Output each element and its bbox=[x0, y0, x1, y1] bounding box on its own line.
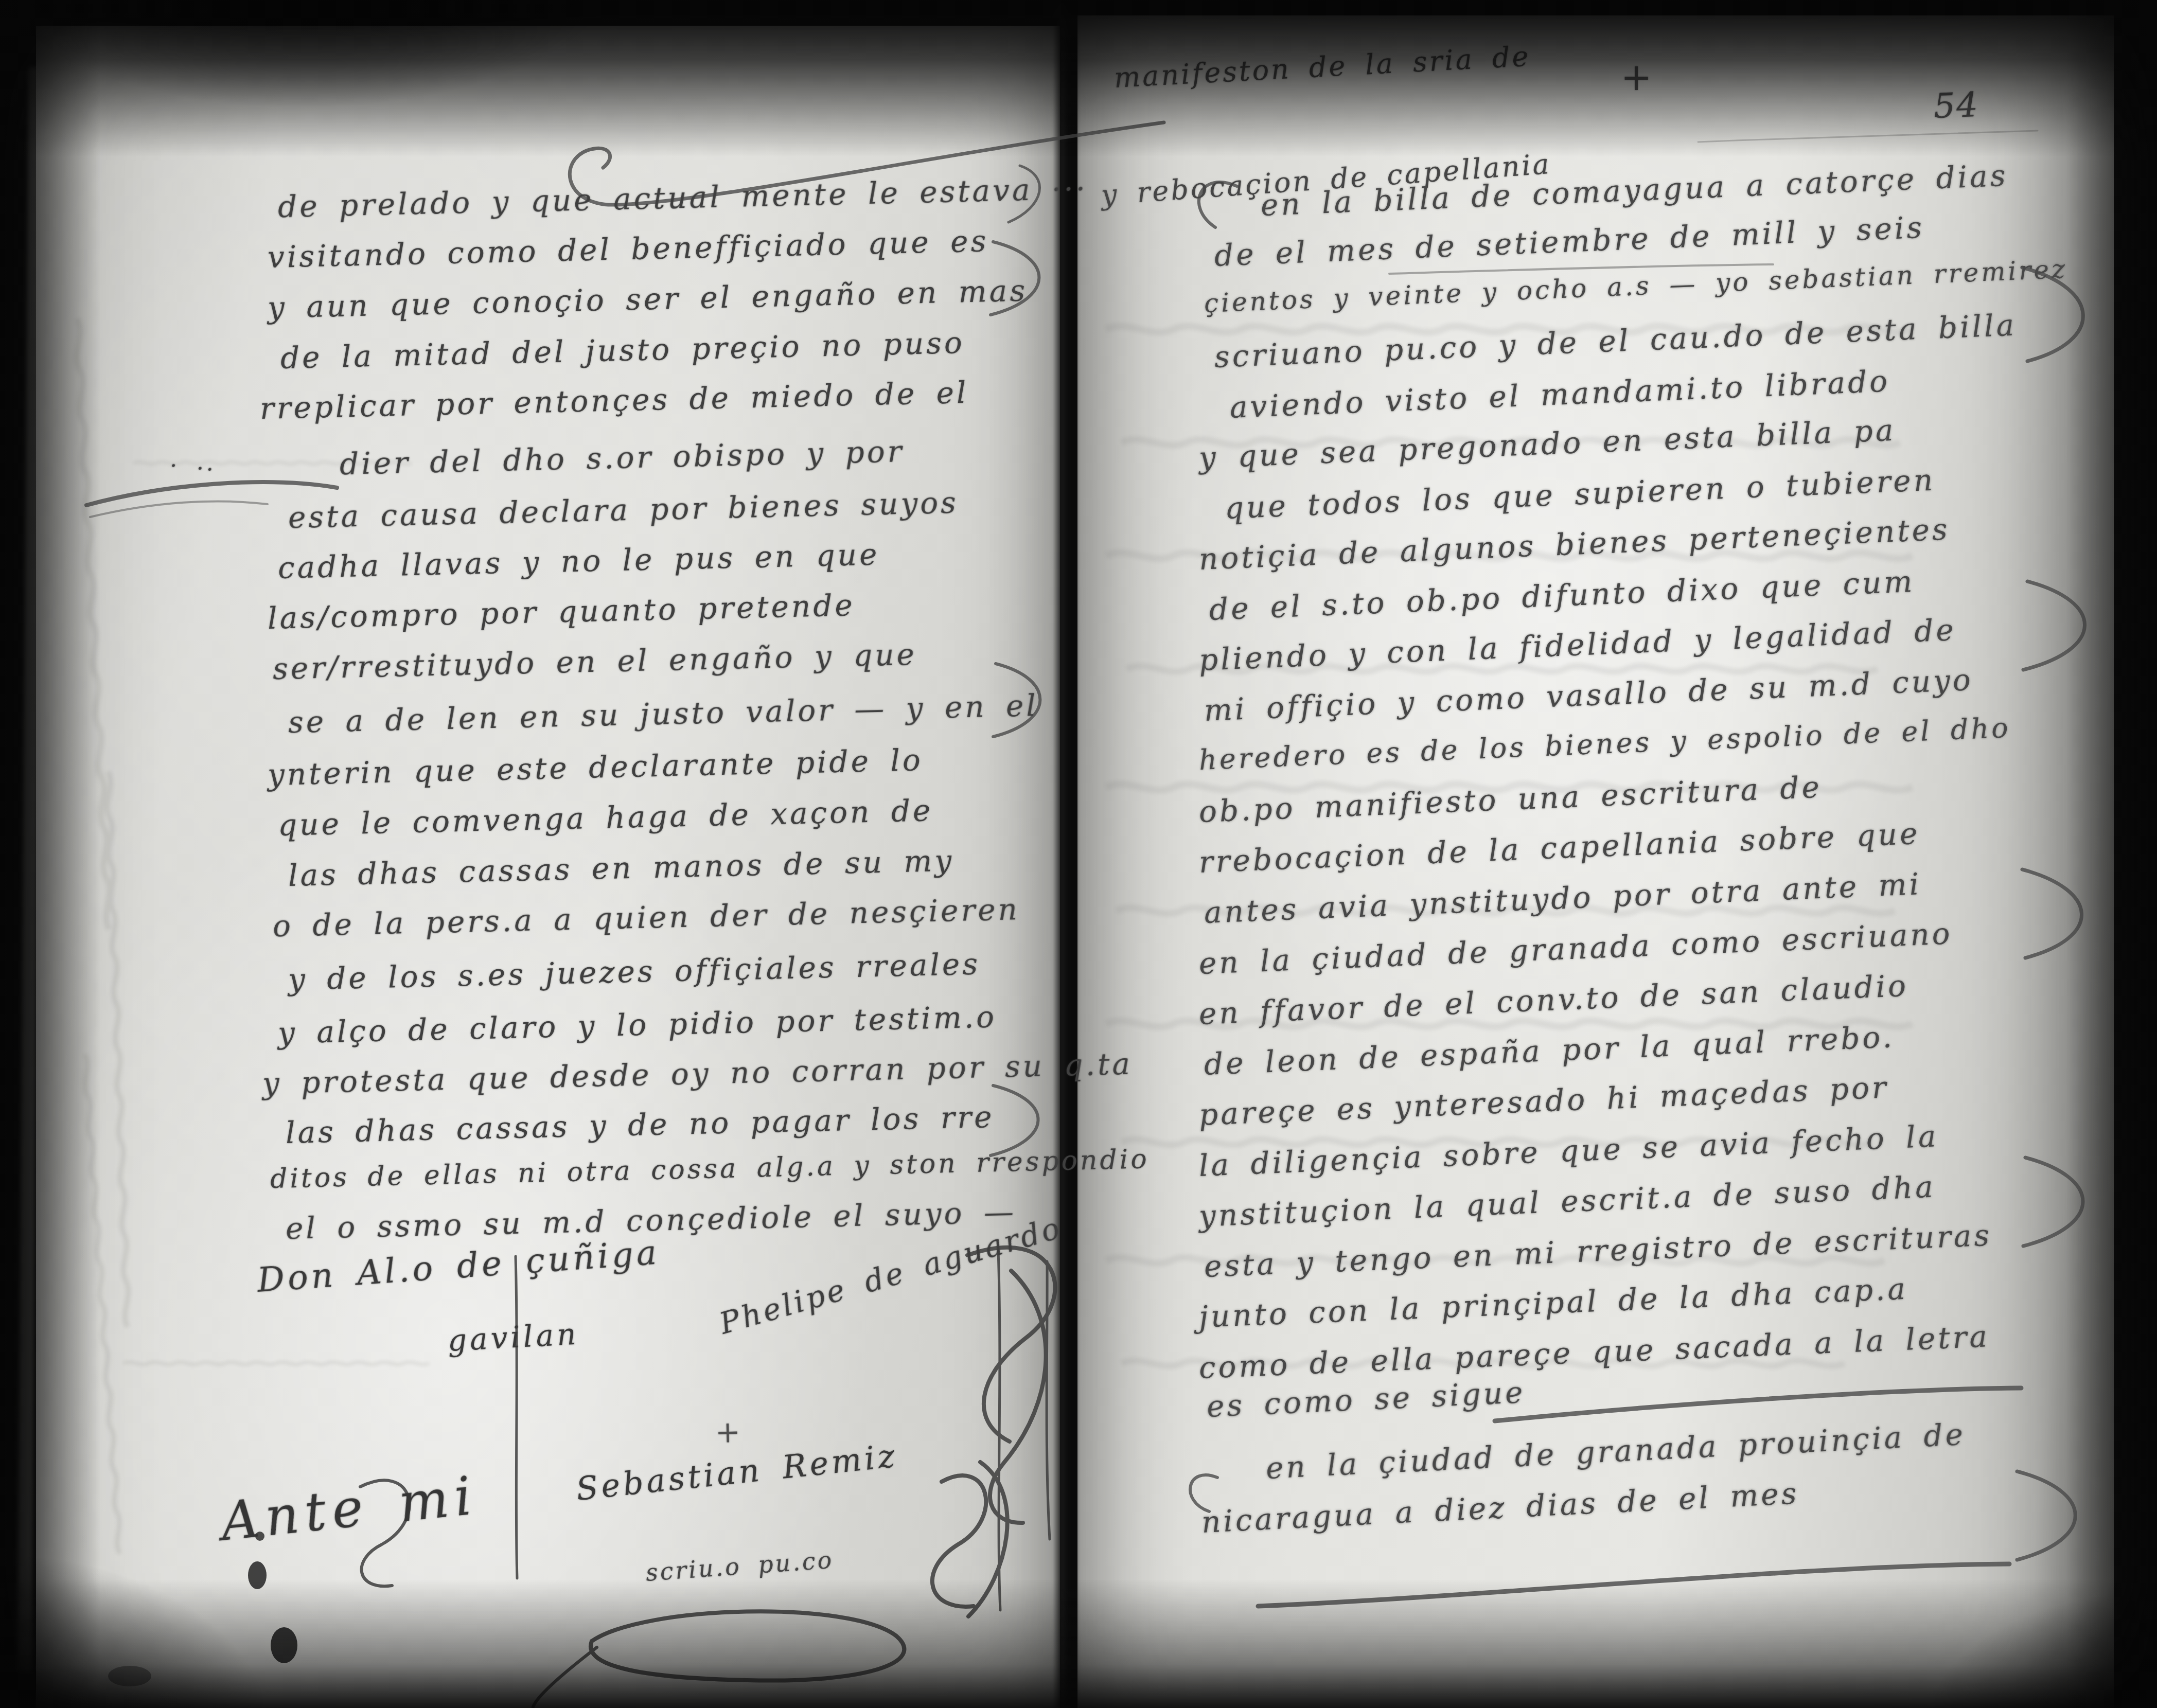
signature-signer1-line2: gavilan bbox=[447, 1316, 580, 1358]
book-gutter bbox=[1053, 0, 1080, 1708]
margin-mark: · ·· bbox=[168, 453, 217, 484]
folio-number: 54 bbox=[1933, 85, 1980, 126]
manuscript-photo: manifeston de la sria de y rebocaçion de… bbox=[0, 0, 2157, 1708]
header-cross-icon: + bbox=[1621, 56, 1654, 99]
notary-cross-icon: + bbox=[715, 1414, 743, 1450]
